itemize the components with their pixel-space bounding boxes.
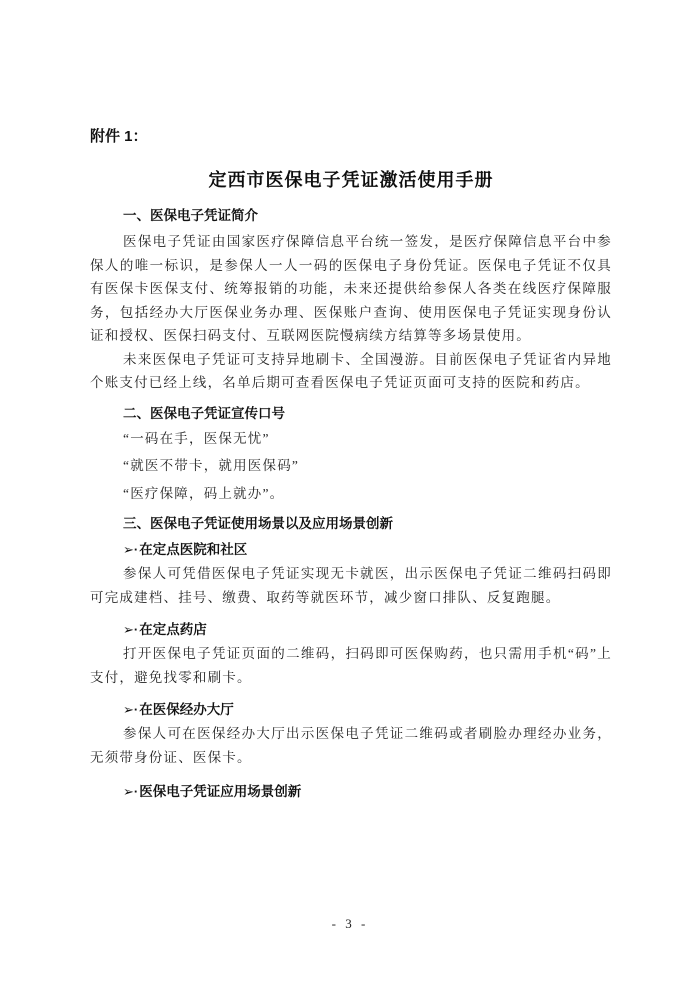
- bullet-heading-innovation: ➢· 医保电子凭证应用场景创新: [90, 781, 612, 802]
- arrow-bullet-icon: ➢·: [123, 699, 138, 720]
- bullet-paragraph-pharmacy: 打开医保电子凭证页面的二维码，扫码即可医保购药，也只需用手机“码”上支付，避免找…: [90, 642, 612, 689]
- section1-paragraph1: 医保电子凭证由国家医疗保障信息平台统一签发，是医疗保障信息平台中参保人的唯一标识…: [90, 230, 612, 348]
- section1-heading: 一、医保电子凭证简介: [90, 205, 612, 226]
- document-page: 附件 1： 定西市医保电子凭证激活使用手册 一、医保电子凭证简介 医保电子凭证由…: [0, 0, 700, 990]
- bullet-heading-label: 在医保经办大厅: [139, 699, 234, 720]
- bullet-heading-hospital: ➢· 在定点医院和社区: [90, 539, 612, 560]
- bullet-paragraph-service-hall: 参保人可在医保经办大厅出示医保电子凭证二维码或者刷脸办理经办业务，无须带身份证、…: [90, 722, 612, 769]
- slogan-line-2: “就医不带卡，就用医保码”: [90, 454, 612, 478]
- bullet-heading-label: 在定点药店: [139, 619, 207, 640]
- arrow-bullet-icon: ➢·: [123, 781, 138, 802]
- slogan-line-3: “医疗保障，码上就办”。: [90, 482, 612, 506]
- document-content: 附件 1： 定西市医保电子凭证激活使用手册 一、医保电子凭证简介 医保电子凭证由…: [90, 127, 612, 802]
- page-number: - 3 -: [0, 916, 700, 932]
- bullet-heading-label: 医保电子凭证应用场景创新: [139, 781, 301, 802]
- section1-paragraph2: 未来医保电子凭证可支持异地刷卡、全国漫游。目前医保电子凭证省内异地个账支付已经上…: [90, 348, 612, 395]
- bullet-heading-service-hall: ➢· 在医保经办大厅: [90, 699, 612, 720]
- bullet-heading-label: 在定点医院和社区: [139, 539, 247, 560]
- arrow-bullet-icon: ➢·: [123, 619, 138, 640]
- bullet-heading-pharmacy: ➢· 在定点药店: [90, 619, 612, 640]
- bullet-paragraph-hospital: 参保人可凭借医保电子凭证实现无卡就医，出示医保电子凭证二维码扫码即可完成建档、挂…: [90, 562, 612, 609]
- arrow-bullet-icon: ➢·: [123, 539, 138, 560]
- section3-heading: 三、医保电子凭证使用场景以及应用场景创新: [90, 513, 612, 534]
- attachment-label: 附件 1：: [90, 127, 612, 147]
- page-title: 定西市医保电子凭证激活使用手册: [90, 167, 612, 194]
- section2-heading: 二、医保电子凭证宣传口号: [90, 403, 612, 424]
- slogan-line-1: “一码在手，医保无忧”: [90, 427, 612, 451]
